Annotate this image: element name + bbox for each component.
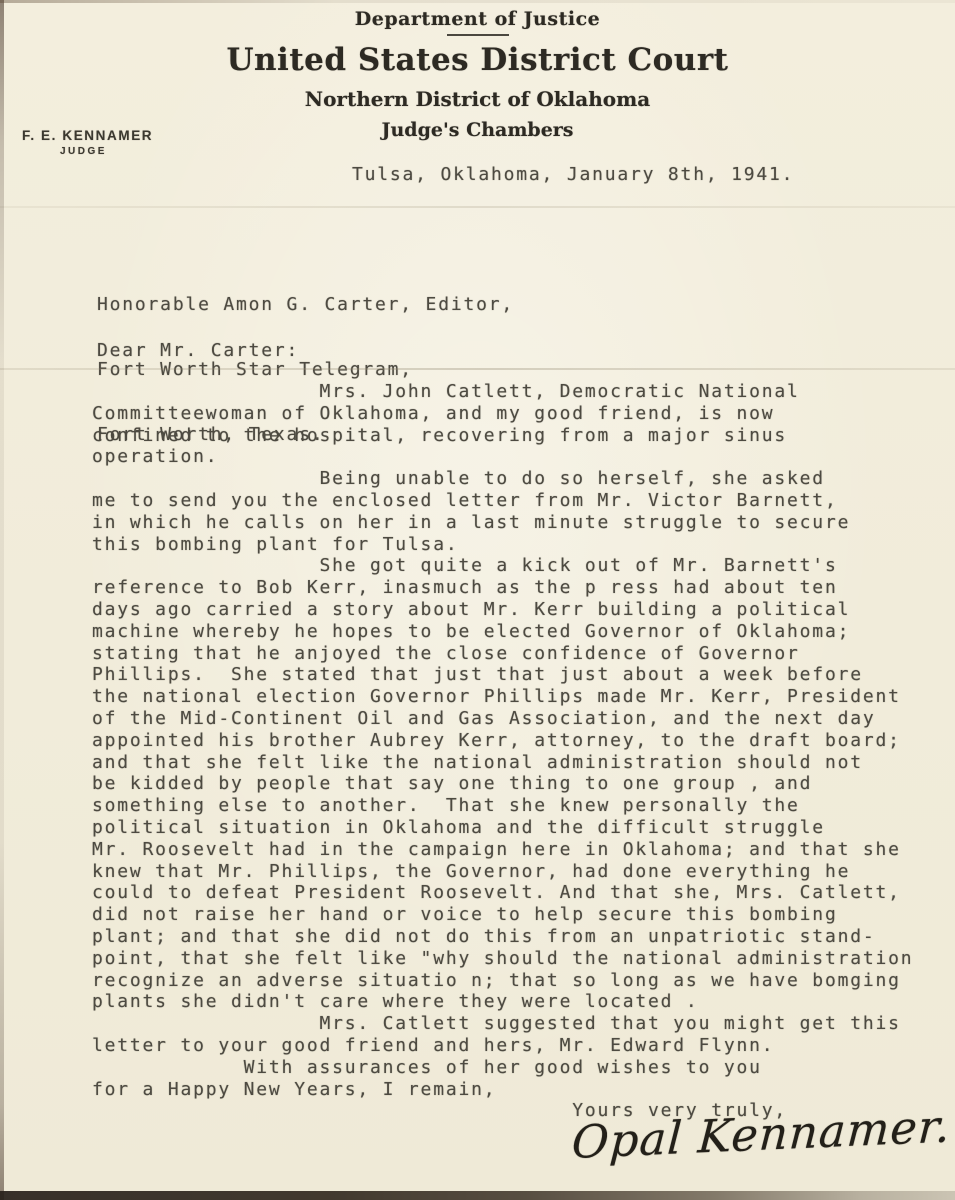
letterhead-divider-rule bbox=[447, 34, 509, 36]
scanned-letter-page: Department of Justice United States Dist… bbox=[0, 0, 955, 1200]
letterhead-district: Northern District of Oklahoma bbox=[0, 87, 955, 111]
scan-edge-left bbox=[0, 0, 4, 1200]
judge-title: JUDGE bbox=[60, 146, 153, 157]
judge-name: F. E. KENNAMER bbox=[22, 128, 153, 143]
paper-crease-upper bbox=[0, 206, 955, 208]
salutation: Dear Mr. Carter: bbox=[97, 340, 299, 362]
recipient-line-1: Honorable Amon G. Carter, Editor, bbox=[97, 294, 514, 316]
scan-edge-bottom bbox=[0, 1191, 955, 1200]
judge-block: F. E. KENNAMER JUDGE bbox=[22, 128, 153, 157]
dateline: Tulsa, Oklahoma, January 8th, 1941. bbox=[352, 164, 794, 186]
letterhead-court-title: United States District Court bbox=[0, 42, 955, 78]
letter-body-text: Mrs. John Catlett, Democratic National C… bbox=[92, 381, 913, 1122]
letterhead: Department of Justice United States Dist… bbox=[0, 8, 955, 141]
recipient-line-2: Fort Worth Star Telegram, bbox=[97, 359, 514, 381]
letterhead-department: Department of Justice bbox=[0, 8, 955, 30]
scan-edge-top bbox=[0, 0, 955, 3]
